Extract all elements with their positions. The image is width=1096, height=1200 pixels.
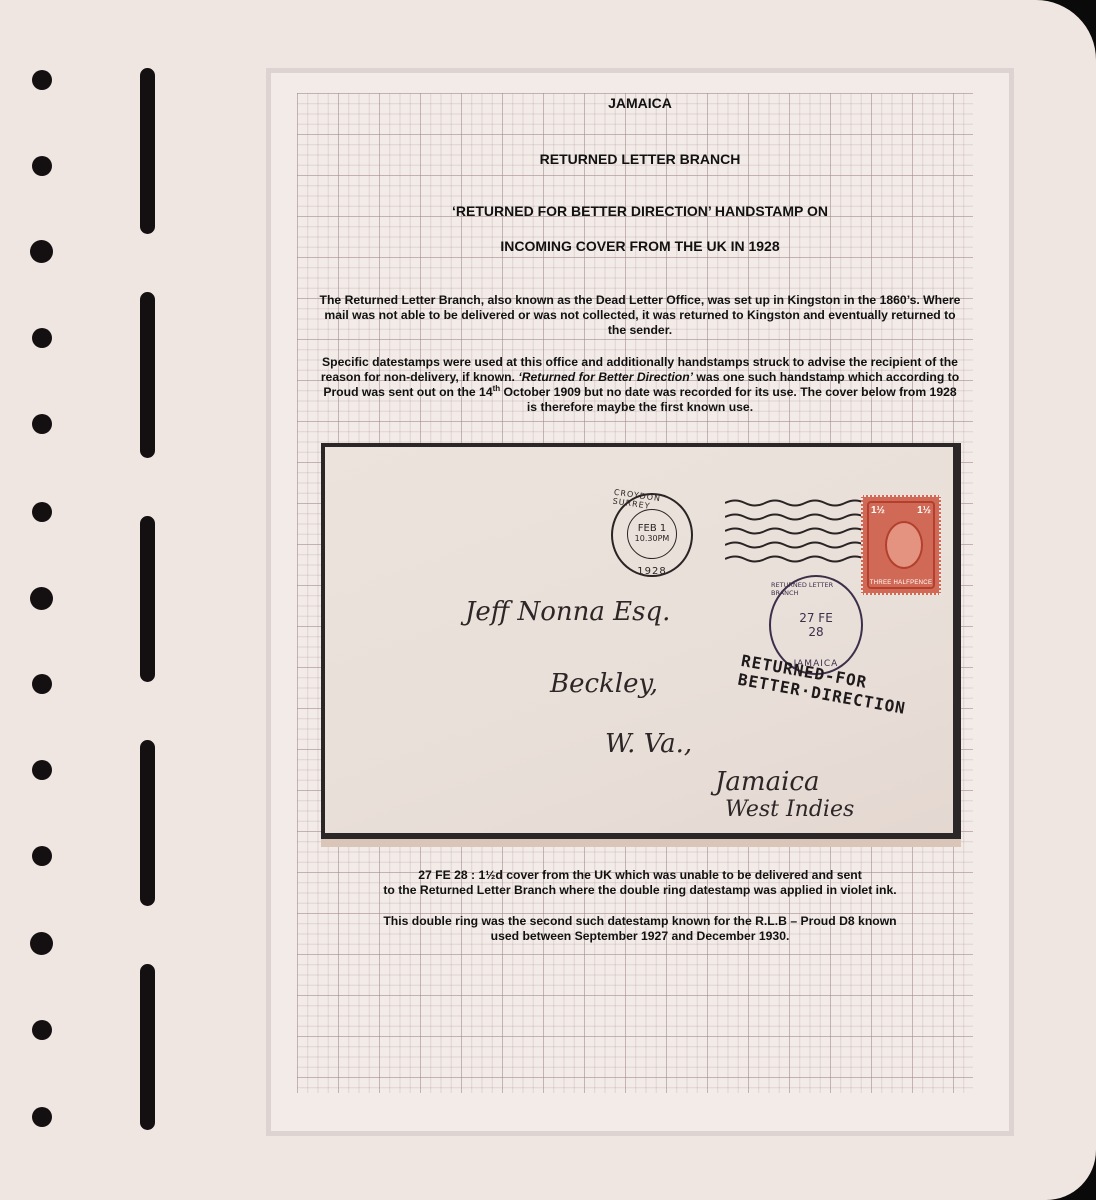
king-portrait-icon: [885, 521, 923, 569]
punch-hole: [32, 502, 52, 522]
cover-caption-line-2: to the Returned Letter Branch where the …: [271, 883, 1009, 898]
address-line-1: Jeff Nonna Esq.: [465, 597, 670, 627]
stamp-caption: THREE HALFPENCE: [869, 580, 933, 586]
binder-slot: [140, 516, 155, 682]
postmark-year: 1928: [637, 566, 666, 577]
stamp-value-left: 1½: [871, 505, 885, 516]
cover-mount: CROYDON SURREY FEB 1 10.30PM 1928: [321, 443, 961, 841]
quadrille-sheet: JAMAICA RETURNED LETTER BRANCH ‘RETURNED…: [266, 68, 1014, 1136]
punch-hole: [32, 328, 52, 348]
heading-line-2: INCOMING COVER FROM THE UK IN 1928: [271, 238, 1009, 254]
punch-hole: [32, 674, 52, 694]
paragraph-text: October 1909 but no date was recorded fo…: [500, 385, 957, 414]
punch-hole: [30, 240, 53, 263]
cover-caption-line-1: 27 FE 28 : 1½d cover from the UK which w…: [271, 868, 1009, 883]
album-page: JAMAICA RETURNED LETTER BRANCH ‘RETURNED…: [0, 0, 1096, 1200]
handstamp-name: ‘Returned for Better Direction’: [518, 370, 693, 384]
note-line-2: used between September 1927 and December…: [271, 929, 1009, 944]
page-subtitle: RETURNED LETTER BRANCH: [271, 151, 1009, 167]
intro-paragraph: The Returned Letter Branch, also known a…: [271, 293, 1009, 338]
envelope-cover[interactable]: CROYDON SURREY FEB 1 10.30PM 1928: [325, 447, 953, 833]
mount-strip: [321, 839, 961, 847]
note-line-1: This double ring was the second such dat…: [271, 914, 1009, 929]
croydon-postmark: CROYDON SURREY FEB 1 10.30PM 1928: [611, 493, 693, 577]
address-line-5: West Indies: [725, 797, 854, 822]
binder-slot: [140, 964, 155, 1130]
address-line-2: Beckley,: [550, 669, 658, 699]
punch-hole: [32, 1107, 52, 1127]
binder-slot: [140, 68, 155, 234]
datestamp-ring-top: RETURNED LETTER BRANCH: [771, 581, 861, 597]
second-paragraph: Specific datestamps were used at this of…: [271, 355, 1009, 415]
address-line-4: Jamaica: [715, 767, 819, 797]
punch-hole: [30, 587, 53, 610]
page-title: JAMAICA: [271, 95, 1009, 111]
punch-hole: [32, 760, 52, 780]
punch-hole: [32, 1020, 52, 1040]
punch-hole: [32, 414, 52, 434]
punch-hole: [32, 70, 52, 90]
punch-hole: [30, 932, 53, 955]
punch-hole: [32, 846, 52, 866]
binder-slot: [140, 292, 155, 458]
stamp-value-right: 1½: [917, 505, 931, 516]
machine-cancel-lines: [725, 497, 865, 577]
binder-slot: [140, 740, 155, 906]
address-line-3: W. Va.,: [605, 729, 692, 759]
punch-hole: [32, 156, 52, 176]
postage-stamp: 1½ 1½ THREE HALFPENCE: [861, 495, 941, 595]
heading-line-1: ‘RETURNED FOR BETTER DIRECTION’ HANDSTAM…: [271, 203, 1009, 219]
